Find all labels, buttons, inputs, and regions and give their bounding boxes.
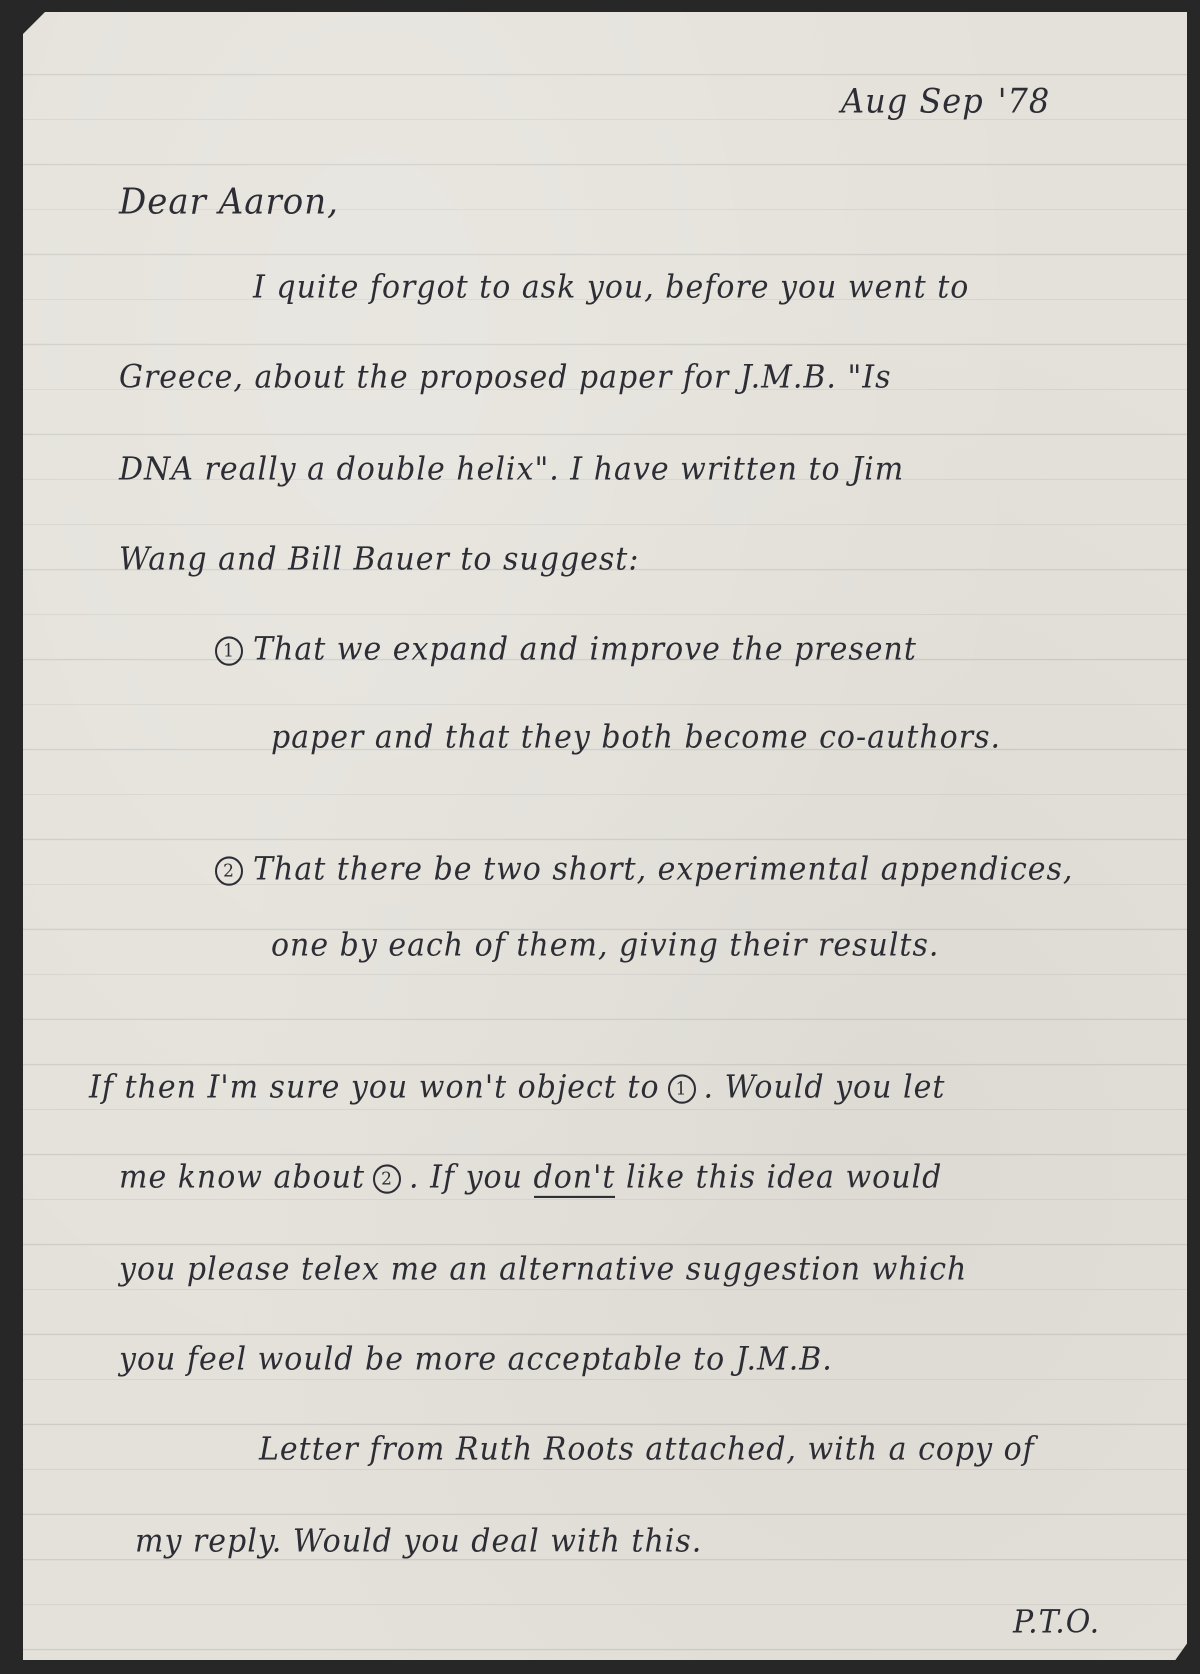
salutation: Dear Aaron, bbox=[119, 181, 339, 223]
p1-line-1: I quite forgot to ask you, before you we… bbox=[253, 269, 969, 306]
pto-note: P.T.O. bbox=[1013, 1604, 1100, 1641]
p2-line-1: If then I'm sure you won't object to1. W… bbox=[89, 1069, 945, 1106]
date-year: '78 bbox=[998, 81, 1051, 121]
p2-line-2: me know about2. If you don't like this i… bbox=[119, 1159, 942, 1196]
scan-background: Aug Sep'78 Dear Aaron, I quite forgot to… bbox=[0, 0, 1200, 1674]
p3-line-1: Letter from Ruth Roots attached, with a … bbox=[259, 1431, 1035, 1468]
item2-line-2: one by each of them, giving their result… bbox=[271, 927, 939, 964]
p2-line-1-post: . Would you let bbox=[704, 1069, 946, 1106]
p1-line-2: Greece, about the proposed paper for J.M… bbox=[119, 359, 892, 396]
p3-line-2: my reply. Would you deal with this. bbox=[135, 1523, 702, 1560]
item1-line-1: That we expand and improve the present bbox=[253, 631, 917, 668]
circled-number-2: 2 bbox=[215, 856, 243, 885]
p2-line-2-pre: me know about bbox=[119, 1159, 365, 1196]
list-item-2: 2That there be two short, experimental a… bbox=[215, 851, 1073, 888]
item1-line-2: paper and that they both become co-autho… bbox=[271, 719, 1001, 756]
p1-line-4: Wang and Bill Bauer to suggest: bbox=[119, 541, 639, 578]
p2-line-1-pre: If then I'm sure you won't object to bbox=[89, 1069, 660, 1106]
list-item-1: 1That we expand and improve the present bbox=[215, 631, 917, 668]
letter-page: Aug Sep'78 Dear Aaron, I quite forgot to… bbox=[23, 12, 1187, 1660]
circled-ref-2: 2 bbox=[373, 1164, 401, 1193]
underlined-word: don't bbox=[534, 1159, 616, 1198]
p2-line-2-mid: . If you bbox=[409, 1159, 523, 1196]
letter-date: Aug Sep'78 bbox=[841, 81, 1050, 121]
circled-number-1: 1 bbox=[215, 636, 243, 665]
p1-line-3: DNA really a double helix". I have writt… bbox=[119, 451, 904, 488]
item2-line-1: That there be two short, experimental ap… bbox=[253, 851, 1073, 888]
date-month: Aug Sep bbox=[841, 81, 984, 121]
p2-line-2-post: like this idea would bbox=[626, 1159, 942, 1196]
circled-ref-1: 1 bbox=[668, 1074, 696, 1103]
p2-line-4: you feel would be more acceptable to J.M… bbox=[119, 1341, 833, 1378]
p2-line-3: you please telex me an alternative sugge… bbox=[119, 1251, 967, 1288]
